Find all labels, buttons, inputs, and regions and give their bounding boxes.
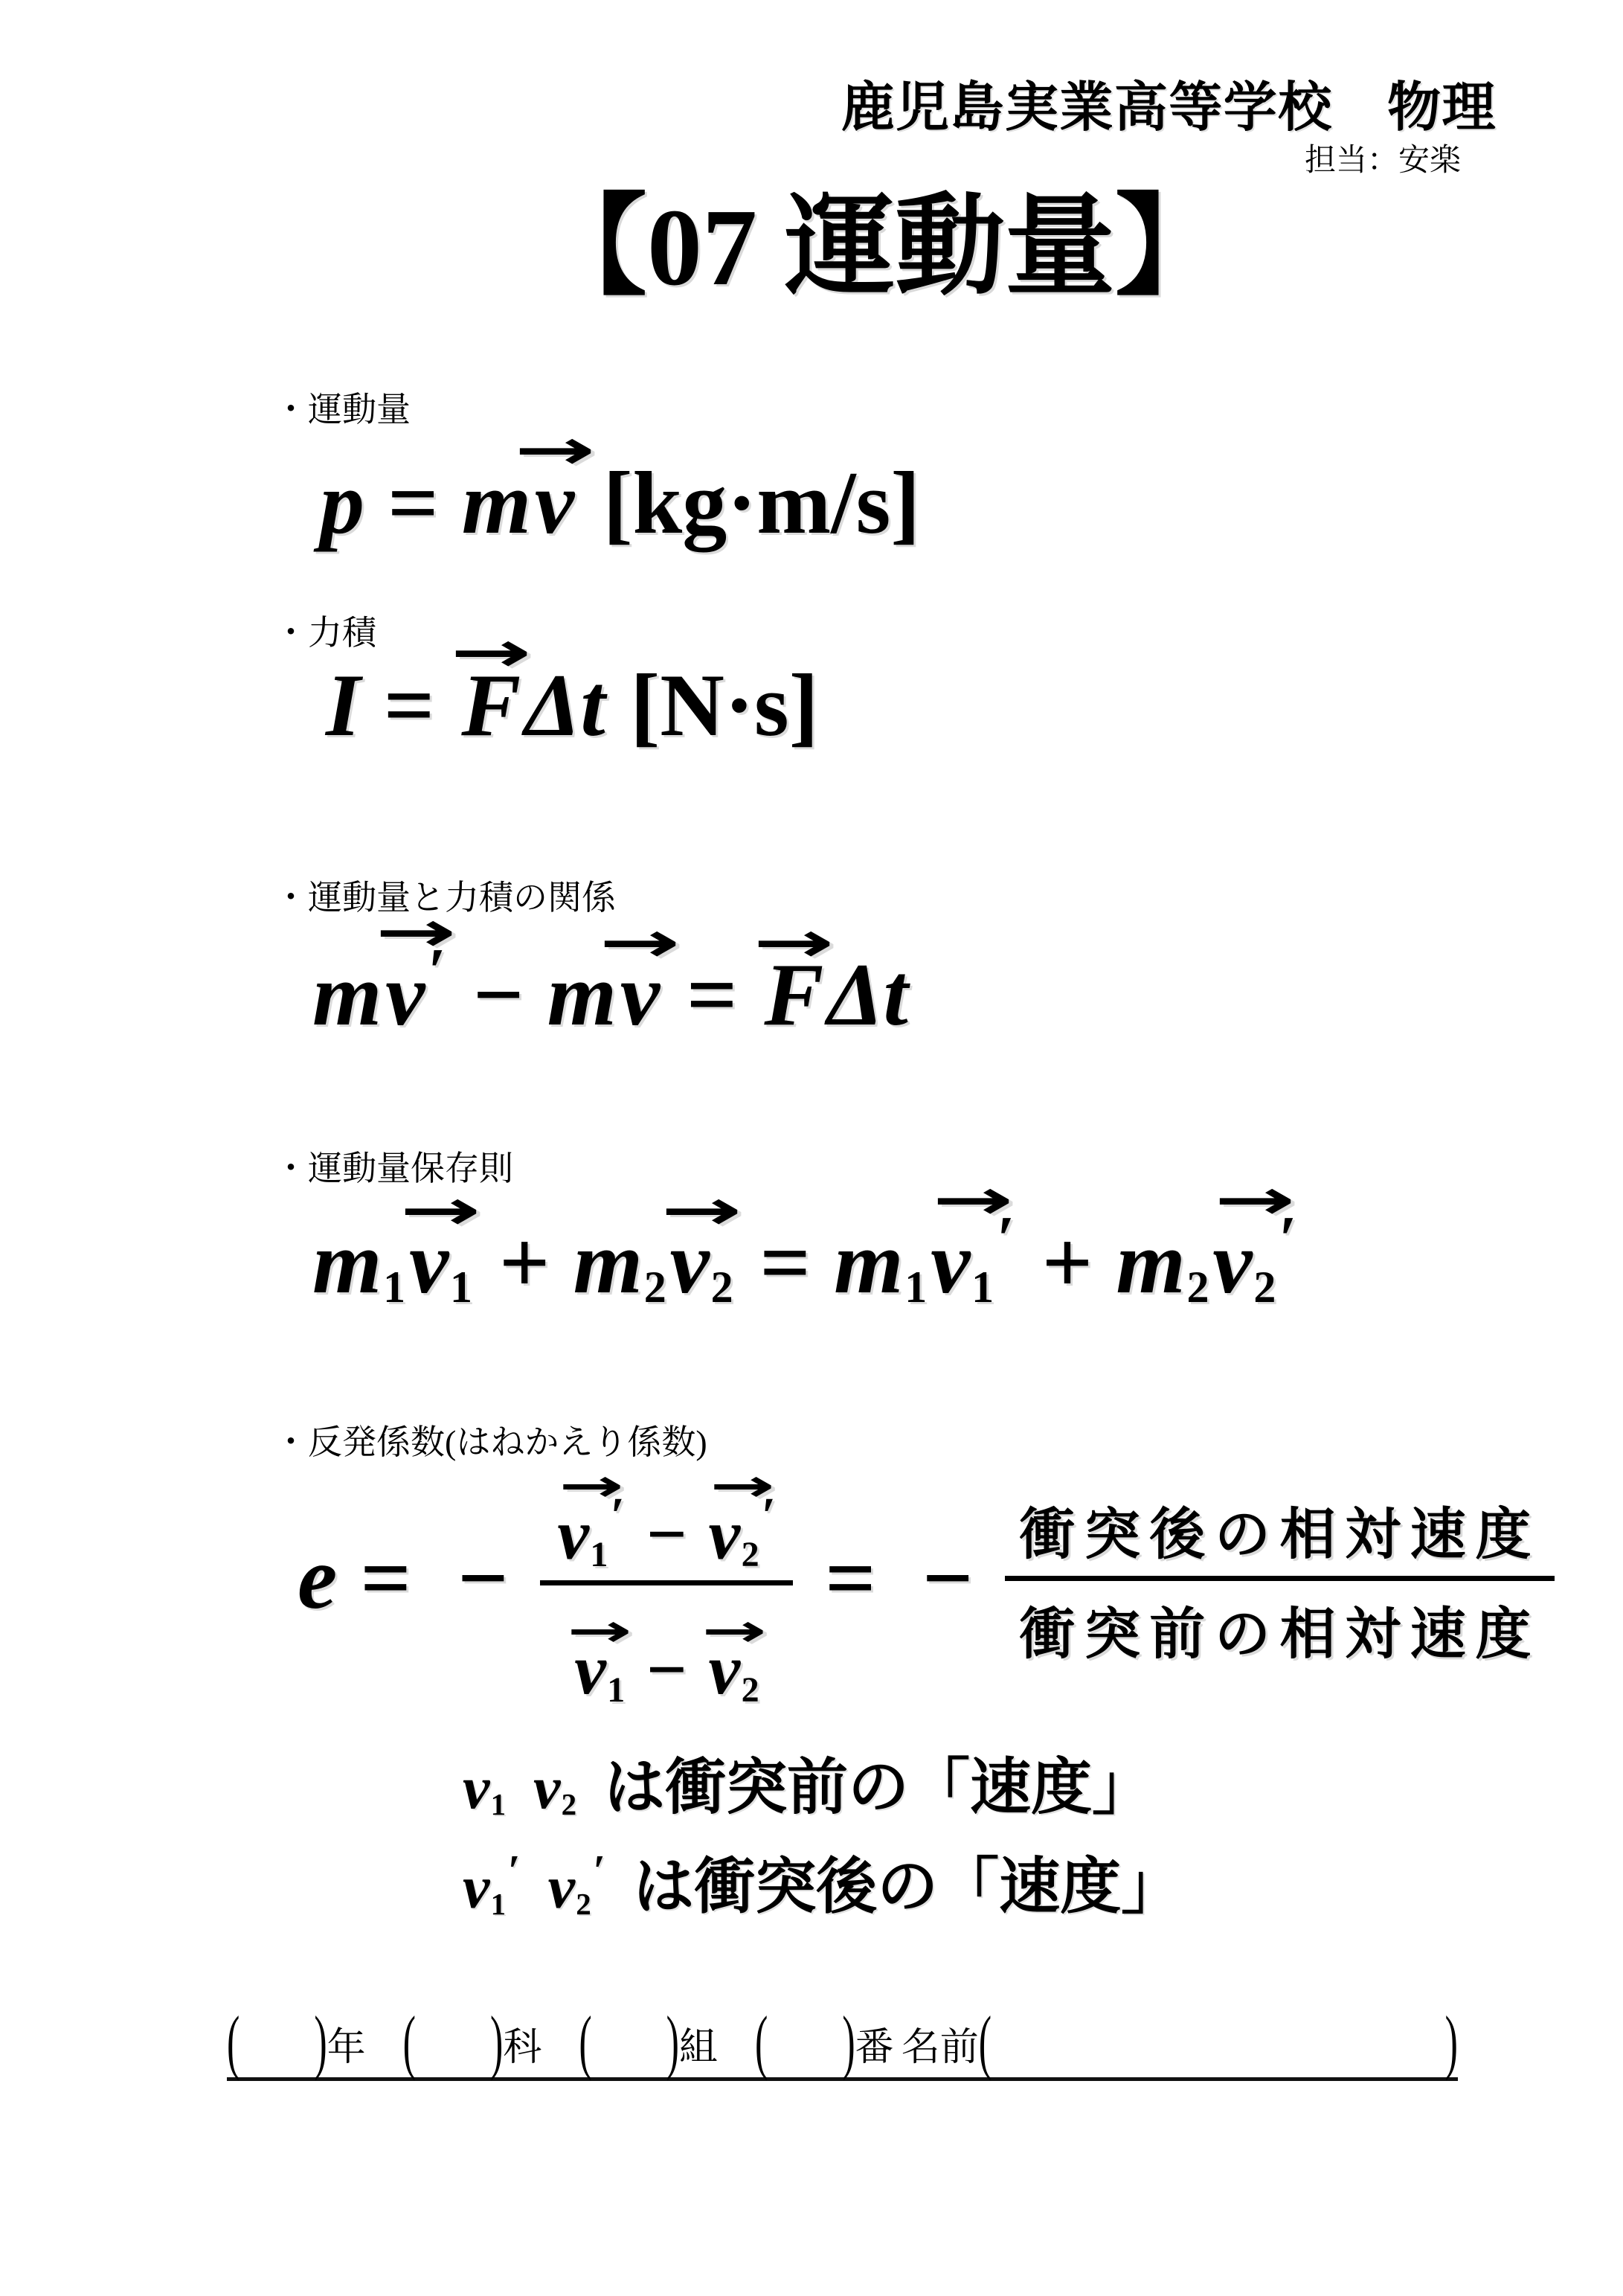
vector-arrow-icon: → [600,915,681,970]
field-label-name: 名前 [902,2025,979,2071]
vector-arrow-icon: → [710,1464,774,1509]
math-subscript: 2 [644,1263,666,1312]
math-operator: = [687,945,737,1044]
teacher-in-charge: 担当：安楽 [1305,135,1461,180]
formula-relation: m→v′−m→v=→FΔt [312,936,908,1044]
open-paren: ( [227,2001,240,2086]
math-variable: m2 [1116,1213,1209,1312]
math-subscript: 1 [491,1887,507,1921]
fraction-denominator: →v1−→v2 [557,1590,776,1712]
note-velocities-before-collision: v1v2は衝突前の「速度」 [463,1754,1153,1821]
math-vector: →v [620,946,660,1044]
math-subscript: 1 [971,1263,994,1312]
math-subscript: 2 [576,1887,591,1921]
math-variable: m [312,946,382,1044]
math-subscript: 2 [1186,1263,1209,1312]
math-symbol: Δ [524,655,580,754]
math-vector: →v [535,454,574,552]
math-symbol: m [312,945,382,1044]
math-vector: →v′ [385,936,446,1044]
fraction-numerator: →v1′−→v2′ [540,1445,793,1576]
math-symbol: m [312,1213,382,1312]
math-text: は衝突後の「速度」 [633,1853,1182,1921]
vector-arrow-icon: → [701,1609,766,1654]
field-label-class: 組 [679,2025,718,2071]
math-vector: →v2 [709,1634,759,1708]
math-operator: − [457,1529,508,1627]
math-vector: →v1′ [931,1204,1015,1312]
section-label-momentum: ・運動量 [274,382,411,432]
field-label-department: 科 [503,2025,541,2071]
vector-arrow-icon: → [400,1183,481,1238]
math-vector: →F [461,656,521,754]
math-operator: = [825,1529,875,1627]
math-symbol: t [883,945,907,1044]
math-subscript: 2 [711,1263,733,1312]
math-operator: = [388,453,438,552]
close-paren: ) [314,2001,327,2086]
school-name: 鹿児島実業高等学校 物理 [841,64,1497,141]
math-vector: →v1 [409,1213,472,1312]
section-label-impulse: ・力積 [274,606,376,655]
vector-arrow-icon: → [514,423,595,478]
open-paren: ( [579,2001,591,2086]
math-subscript: 2 [562,1787,577,1821]
math-variable: v2 [533,1754,576,1821]
vector-arrow-icon: → [932,1173,1013,1228]
math-fraction: 衝突後の相対速度衝突前の相対速度 [1005,1486,1555,1671]
close-paren: ) [842,2001,855,2086]
vector-arrow-icon: → [559,1464,623,1509]
math-operator: + [1042,1213,1093,1312]
math-symbol: v [533,1754,560,1821]
math-vector: →v2 [670,1213,733,1312]
vector-arrow-icon: → [1215,1173,1296,1228]
math-symbol: I [326,655,361,754]
fraction-bar [1005,1576,1555,1581]
math-variable: I [326,656,361,754]
formula-restitution: e=−→v1′−→v2′→v1−→v2=−衝突後の相対速度衝突前の相対速度 [298,1445,1563,1711]
math-subscript: 2 [742,1670,759,1710]
math-symbol: t [580,655,605,754]
math-symbol: v [463,1754,489,1821]
math-variable: m1 [834,1213,927,1312]
math-variable: v1′ [463,1847,521,1921]
math-prime: ′ [594,1846,606,1895]
vector-arrow-icon: → [376,905,457,960]
math-operator: − [646,1629,687,1709]
formula-impulse: I=→FΔt[N·s] [326,656,819,754]
vector-arrow-icon: → [661,1183,742,1238]
math-variable: Δ [524,656,580,754]
formula-conservation: m1→v1+m2→v2=m1→v1′+m2→v2′ [312,1204,1301,1312]
fraction-numerator: 衝突後の相対速度 [1005,1486,1555,1571]
math-variable: p [320,454,364,552]
open-paren: ( [755,2001,768,2086]
worksheet-page: 鹿児島実業高等学校 物理 担当：安楽 【07 運動量】 ・運動量 p=m→v[k… [0,0,1623,2296]
math-symbol: m [834,1213,903,1312]
math-symbol: v [463,1853,489,1921]
math-vector: →v1 [574,1634,625,1708]
vector-arrow-icon: → [451,625,532,680]
math-variable: v2′ [548,1847,606,1921]
math-operator: − [922,1529,973,1627]
math-variable: m2 [573,1213,666,1312]
math-operator: = [760,1213,811,1312]
math-subscript: 1 [607,1670,625,1710]
math-symbol: m [1116,1213,1185,1312]
math-operator: + [499,1213,550,1312]
field-label-year: 年 [327,2025,366,2071]
math-symbol: Δ [827,945,883,1044]
vector-arrow-icon: → [568,1609,632,1654]
math-symbol: p [320,453,364,552]
math-text: は衝突前の「速度」 [604,1754,1153,1821]
math-subscript: 1 [590,1535,608,1574]
note-velocities-after-collision: v1′v2′は衝突後の「速度」 [463,1847,1182,1921]
name-line: ()年()科()組()番名前() [227,2025,1458,2081]
math-variable: t [580,656,605,754]
math-variable: t [883,946,907,1044]
math-vector: →v2′ [709,1489,777,1573]
math-operator: − [646,1494,687,1574]
math-unit: [N·s] [630,655,818,754]
math-text: 衝突前の相対速度 [1019,1604,1540,1666]
math-vector: →v2′ [1212,1204,1297,1312]
open-paren: ( [403,2001,416,2086]
math-text: 衝突後の相対速度 [1019,1504,1540,1566]
math-prime: ′ [508,1846,521,1895]
math-variable: v1 [463,1754,506,1821]
page-title: 【07 運動量】 [537,190,1225,306]
math-subscript: 1 [904,1263,927,1312]
math-operator: = [360,1529,411,1627]
vector-arrow-icon: → [753,915,835,970]
math-symbol: v [548,1853,575,1921]
fraction-denominator: 衝突前の相対速度 [1005,1585,1555,1670]
math-subscript: 2 [742,1535,759,1574]
field-label-number: 番 [855,2025,894,2071]
math-operator: − [473,945,524,1044]
math-subscript: 1 [491,1787,507,1821]
math-symbol: e [298,1528,337,1627]
math-vector: →v1′ [557,1489,625,1573]
math-vector: →F [764,946,823,1044]
formula-momentum: p=m→v[kg·m/s] [320,454,920,552]
math-unit: [kg·m/s] [603,453,921,552]
fraction-bar [540,1580,793,1585]
math-operator: = [384,655,434,754]
math-subscript: 1 [383,1263,405,1312]
math-subscript: 1 [450,1263,472,1312]
math-variable: e [298,1529,337,1627]
close-paren: ) [1445,2001,1458,2086]
math-symbol: m [573,1213,643,1312]
math-variable: m1 [312,1213,405,1312]
math-variable: Δ [827,946,883,1044]
close-paren: ) [490,2001,503,2086]
math-fraction: →v1′−→v2′→v1−→v2 [540,1445,793,1711]
math-subscript: 2 [1253,1263,1276,1312]
close-paren: ) [666,2001,679,2086]
open-paren: ( [979,2001,992,2086]
